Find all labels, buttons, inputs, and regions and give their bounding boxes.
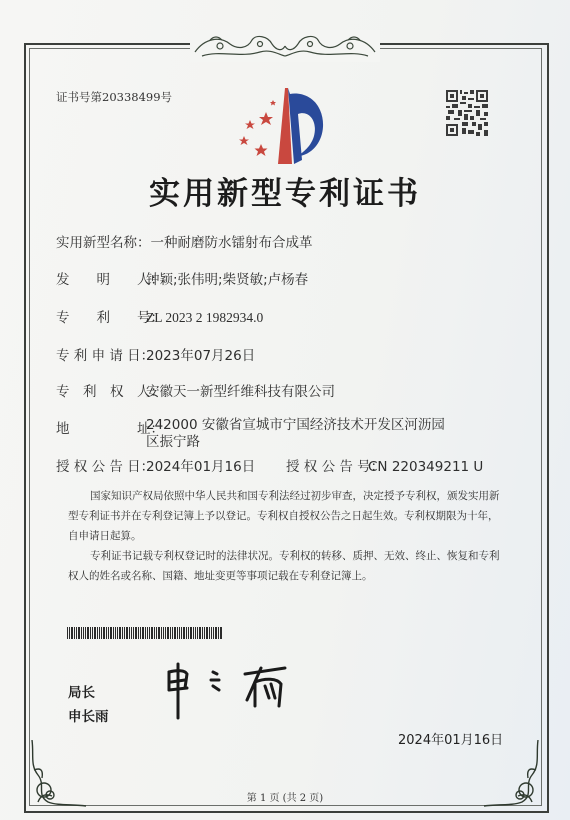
field-value: 钟颖;张伟明;柴贤敏;卢杨春 [146, 268, 308, 288]
field-address: 地 址：242000 安徽省宣城市宁国经济技术开发区河沥园区振宁路 [56, 417, 476, 453]
field-inventor: 发 明 人：钟颖;张伟明;柴贤敏;卢杨春 [56, 268, 308, 288]
field-value: 2023年07月26日 [146, 344, 255, 364]
signature-icon [165, 660, 290, 720]
field-label: 实用新型名称： [56, 231, 151, 251]
notice-paragraph-1: 国家知识产权局依照中华人民共和国专利法经过初步审查，决定授予专利权，颁发实用新型… [68, 486, 504, 546]
ornament-top-icon [190, 30, 380, 62]
field-value: 一种耐磨防水镭射布合成革 [151, 231, 313, 251]
field-label: 专 利 权 人： [56, 380, 146, 400]
qr-code-icon [446, 90, 488, 136]
field-value: 安徽天一新型纤维科技有限公司 [146, 380, 335, 400]
page-indicator: 第 1 页 (共 2 页) [0, 789, 570, 804]
cnipa-logo-icon [228, 84, 328, 164]
field-label: 发 明 人： [56, 268, 146, 288]
field-value: CN 220349211 U [368, 459, 483, 475]
field-filing-date: 专 利 申 请 日：2023年07月26日 [56, 344, 255, 364]
field-value: ZL 2023 2 1982934.0 [146, 310, 263, 326]
director-title: 局长 [68, 681, 95, 701]
signoff-date: 2024年01月16日 [398, 729, 503, 748]
field-label: 授 权 公 告 日： [56, 455, 146, 475]
field-grant-date: 授 权 公 告 日：2024年01月16日 [56, 455, 255, 475]
field-label: 专 利 申 请 日： [56, 344, 146, 364]
director-name: 申长雨 [68, 705, 109, 725]
field-patentee: 专 利 权 人：安徽天一新型纤维科技有限公司 [56, 380, 335, 400]
notice-paragraph-2: 专利证书记载专利权登记时的法律状况。专利权的转移、质押、无效、终止、恢复和专利权… [68, 546, 504, 586]
field-label: 地 址： [56, 417, 146, 437]
certificate-title: 实用新型专利证书 [0, 168, 570, 213]
field-grant-number: 授 权 公 告 号：CN 220349211 U [286, 455, 483, 475]
field-utility-model-name: 实用新型名称：一种耐磨防水镭射布合成革 [56, 231, 313, 251]
field-label: 授 权 公 告 号： [286, 455, 368, 475]
field-value: 2024年01月16日 [146, 455, 255, 475]
field-label: 专 利 号： [56, 306, 146, 326]
field-patent-number: 专 利 号：ZL 2023 2 1982934.0 [56, 306, 263, 326]
certificate-number: 证书号第20338499号 [56, 89, 172, 105]
field-value: 242000 安徽省宣城市宁国经济技术开发区河沥园区振宁路 [146, 417, 446, 451]
barcode-icon [67, 627, 222, 639]
